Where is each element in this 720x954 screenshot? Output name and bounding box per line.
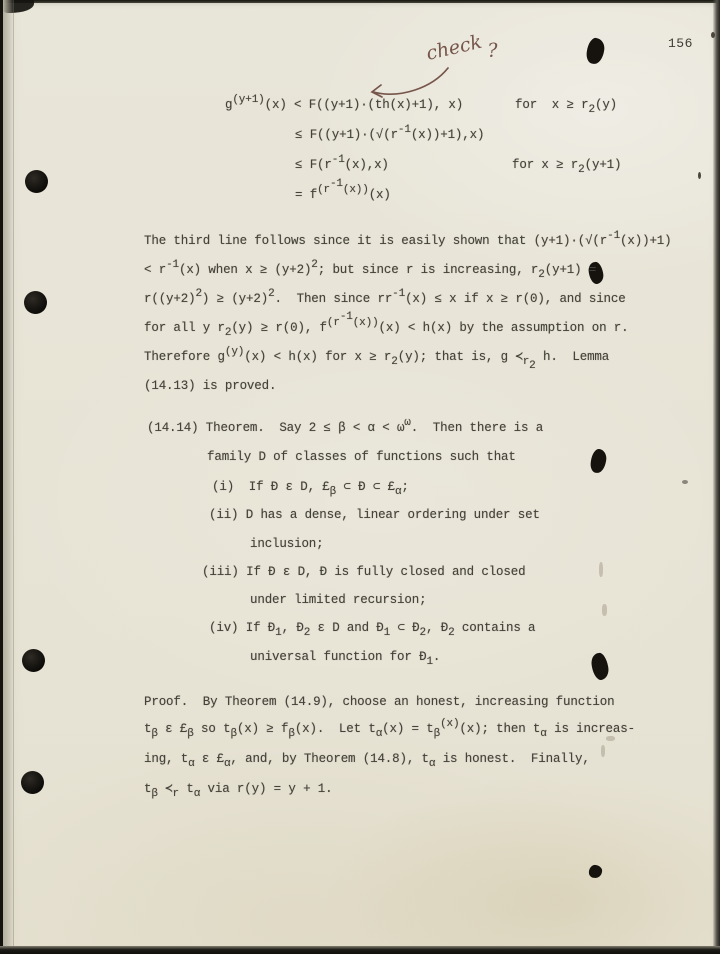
paragraph-line: The third line follows since it is easil… bbox=[144, 233, 672, 250]
handwritten-annotation: check ? bbox=[330, 26, 530, 108]
theorem-item-iv: (iv) If Đ1, Đ2 ε D and Đ1 ⊂ Đ2, Đ2 conta… bbox=[209, 620, 535, 637]
proof-line: ing, tα ε £α, and, by Theorem (14.8), tα… bbox=[144, 751, 590, 768]
theorem-item-iv-cont: universal function for Đ1. bbox=[250, 649, 440, 666]
paragraph-line: (14.13) is proved. bbox=[144, 378, 276, 394]
scanned-page: 156 check ? g(y+1)(x) < F((y+1)·(th(x)+1… bbox=[0, 0, 720, 954]
equation-line: ≤ F(r-1(x),x) bbox=[295, 157, 389, 174]
theorem-line: (14.14) Theorem. Say 2 ≤ β < α < ωω. The… bbox=[147, 420, 543, 437]
theorem-item-iii-cont: under limited recursion; bbox=[250, 592, 426, 608]
page-edge-crease bbox=[13, 0, 14, 954]
hole-punch bbox=[21, 771, 44, 794]
paragraph-line: for all y r2(y) ≥ r(0), f(r-1(x))(x) < h… bbox=[144, 320, 628, 337]
equation-line: g(y+1)(x) < F((y+1)·(th(x)+1), x) bbox=[225, 97, 463, 114]
scan-edge-bottom bbox=[0, 946, 720, 954]
smudge-mark bbox=[602, 604, 607, 616]
theorem-item-i: (i) If Đ ε D, £β ⊂ Đ ⊂ £α; bbox=[212, 479, 409, 496]
theorem-item-iii: (iii) If Đ ε D, Đ is fully closed and cl… bbox=[202, 564, 525, 580]
ink-speck bbox=[711, 32, 715, 38]
theorem-item-ii-cont: inclusion; bbox=[250, 536, 324, 552]
smudge-mark bbox=[601, 745, 605, 757]
equation-condition: for x ≥ r2(y) bbox=[515, 97, 617, 114]
paragraph-line: r((y+2)2) ≥ (y+2)2. Then since rr-1(x) ≤… bbox=[144, 291, 626, 308]
equation-condition: for x ≥ r2(y+1) bbox=[512, 157, 621, 174]
proof-line: tβ ε £β so tβ(x) ≥ fβ(x). Let tα(x) = tβ… bbox=[144, 721, 635, 738]
scan-edge-right bbox=[713, 0, 720, 954]
hole-punch bbox=[24, 291, 47, 314]
ink-blot bbox=[585, 37, 605, 65]
theorem-line: family D of classes of functions such th… bbox=[207, 449, 516, 465]
smudge-mark bbox=[599, 562, 603, 577]
page-number: 156 bbox=[668, 36, 693, 51]
scan-edge-top bbox=[0, 0, 720, 3]
ink-blot bbox=[589, 448, 607, 474]
theorem-item-ii: (ii) D has a dense, linear ordering unde… bbox=[209, 507, 540, 523]
proof-line: Proof. By Theorem (14.9), choose an hone… bbox=[144, 694, 614, 710]
hole-punch bbox=[22, 649, 45, 672]
ink-blot bbox=[588, 864, 603, 879]
handwritten-check-text: check bbox=[424, 31, 484, 65]
ink-speck bbox=[682, 480, 688, 484]
equation-line: ≤ F((y+1)·(√(r-1(x))+1),x) bbox=[295, 127, 484, 144]
handwritten-question-mark: ? bbox=[487, 39, 500, 62]
hole-punch bbox=[25, 170, 48, 193]
equation-line: = f(r-1(x))(x) bbox=[295, 187, 391, 204]
annotation-arrow bbox=[372, 68, 448, 97]
ink-speck bbox=[698, 172, 701, 179]
ink-blot bbox=[590, 652, 610, 681]
paragraph-line: Therefore g(y)(x) < h(x) for x ≥ r2(y); … bbox=[144, 349, 609, 366]
proof-line: tβ ≺r tα via r(y) = y + 1. bbox=[144, 781, 332, 798]
paragraph-line: < r-1(x) when x ≥ (y+2)2; but since r is… bbox=[144, 262, 596, 279]
